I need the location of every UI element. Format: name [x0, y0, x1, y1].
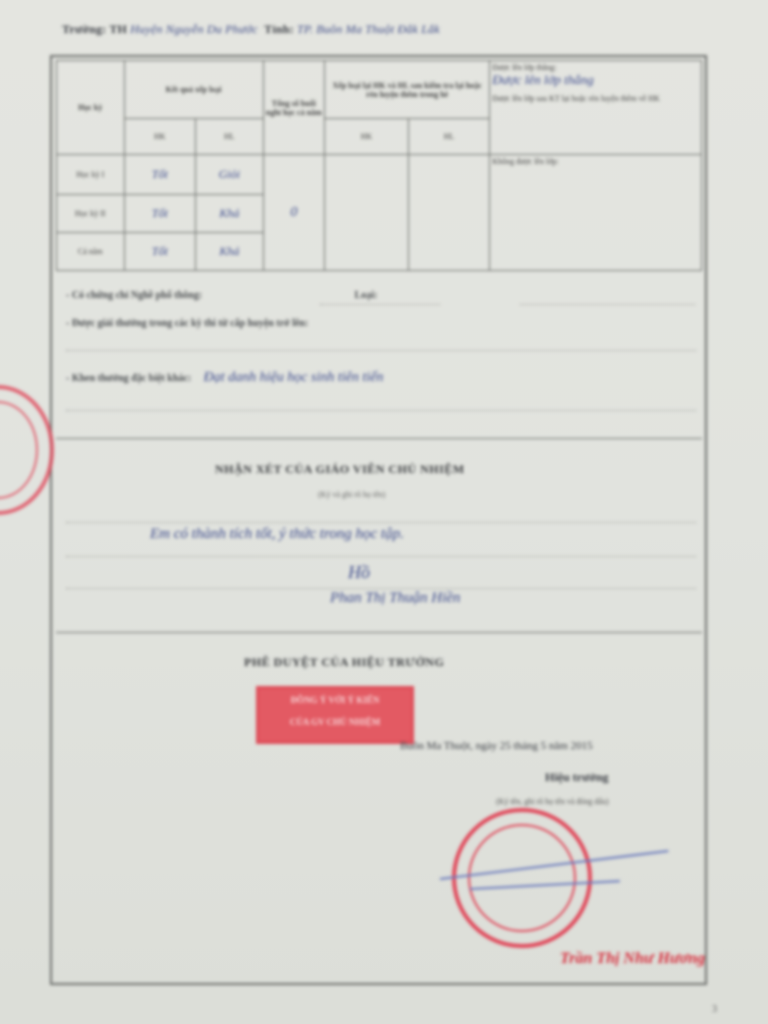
- certificate-type-label: Loại:: [355, 290, 378, 301]
- row-hk: Tốt: [124, 233, 196, 271]
- special-label: - Khen thưởng đặc biệt khác:: [66, 373, 191, 384]
- info-line-special: - Khen thưởng đặc biệt khác: Đạt danh hi…: [66, 370, 383, 386]
- results-table: Học kỳ Kết quả xếp loại Tổng số buổi ngh…: [56, 60, 702, 271]
- promotion-label: Được lên lớp thẳng:: [492, 63, 699, 72]
- not-promoted-cell: Không được lên lớp:: [490, 155, 702, 271]
- row-hk: Tốt: [124, 195, 196, 233]
- awards-label: - Được giải thưởng trong các kỳ thi từ c…: [66, 318, 308, 329]
- info-line-certificate: - Có chứng chỉ Nghề phổ thông: Loại:: [66, 290, 377, 301]
- divider: [56, 438, 702, 439]
- approval-stamp: ĐỒNG Ý VỚI Ý KIẾN CỦA GV CHỦ NHIỆM: [256, 686, 414, 744]
- row-retest-hk: [325, 155, 409, 271]
- principal-sign-note: (Ký tên, ghi rõ họ tên và đóng dấu): [496, 797, 609, 806]
- row-hl: Giỏi: [196, 155, 264, 195]
- row-hl: Khá: [196, 233, 264, 271]
- district-name: TP. Buôn Ma Thuột: [297, 22, 394, 36]
- promotion-cell: Được lên lớp thẳng: Được lên lớp thẳng Đ…: [490, 61, 702, 155]
- header-absent: Tổng số buổi nghỉ học cả năm: [263, 61, 324, 155]
- teacher-section-title: NHẬN XÉT CỦA GIÁO VIÊN CHỦ NHIỆM: [215, 462, 465, 477]
- page-number: 3: [712, 1004, 717, 1015]
- row-period: Học kỳ I: [57, 155, 125, 195]
- special-value: Đạt danh hiệu học sinh tiên tiến: [204, 370, 384, 385]
- teacher-signature: Hồ: [348, 562, 370, 583]
- approval-stamp-line1: ĐỒNG Ý VỚI Ý KIẾN: [259, 689, 411, 711]
- edge-seal-icon: [0, 385, 54, 515]
- promotion-value: Được lên lớp thẳng: [492, 72, 699, 88]
- date-line: Buôn Ma Thuột, ngày 25 tháng 5 năm 2015: [400, 740, 593, 752]
- header-hl: HL: [196, 119, 264, 155]
- row-period: Cả năm: [57, 233, 125, 271]
- principal-name: Trần Thị Như Hương: [560, 950, 705, 968]
- divider: [56, 632, 702, 633]
- district-label: Tỉnh:: [264, 22, 294, 36]
- header-result-group: Kết quả xếp loại: [124, 61, 263, 119]
- teacher-name: Phan Thị Thuận Hiền: [330, 590, 460, 607]
- header-period: Học kỳ: [57, 61, 125, 155]
- not-promoted-label: Không được lên lớp:: [492, 157, 558, 166]
- header-retest-group: Xếp loại lại HK và HL sau kiểm tra lại h…: [325, 61, 490, 119]
- row-period: Học kỳ II: [57, 195, 125, 233]
- table-row: Học kỳ I Tốt Giỏi 0 Không được lên lớp:: [57, 155, 702, 195]
- teacher-section-subtitle: (Ký và ghi rõ họ tên): [318, 490, 385, 499]
- school-header-line: Trường: TH Huyện Nguyễn Du Phước Tỉnh: T…: [62, 22, 440, 37]
- header-hk: HK: [124, 119, 196, 155]
- promotion-sub: Được lên lớp sau KT lại hoặc rèn luyện t…: [492, 94, 699, 103]
- row-retest-hl: [408, 155, 490, 271]
- header-retest-hk: HK: [325, 119, 409, 155]
- approval-stamp-line2: CỦA GV CHỦ NHIỆM: [259, 711, 411, 733]
- header-retest-hl: HL: [408, 119, 490, 155]
- row-absent: 0: [263, 155, 324, 271]
- info-line-awards: - Được giải thưởng trong các kỳ thi từ c…: [66, 318, 308, 329]
- row-hk: Tốt: [124, 155, 196, 195]
- row-hl: Khá: [196, 195, 264, 233]
- school-seal-icon: [452, 808, 592, 948]
- province-name: Đắk Lắk: [397, 22, 439, 36]
- certificate-label: - Có chứng chỉ Nghề phổ thông:: [66, 290, 202, 301]
- school-label: Trường: TH: [62, 22, 127, 36]
- document-page: Trường: TH Huyện Nguyễn Du Phước Tỉnh: T…: [0, 0, 768, 1024]
- principal-role: Hiệu trưởng: [545, 770, 609, 785]
- school-name: Huyện Nguyễn Du Phước: [130, 22, 257, 36]
- teacher-comment: Em có thành tích tốt, ý thức trong học t…: [150, 526, 404, 543]
- principal-section-title: PHÊ DUYỆT CỦA HIỆU TRƯỞNG: [244, 655, 444, 670]
